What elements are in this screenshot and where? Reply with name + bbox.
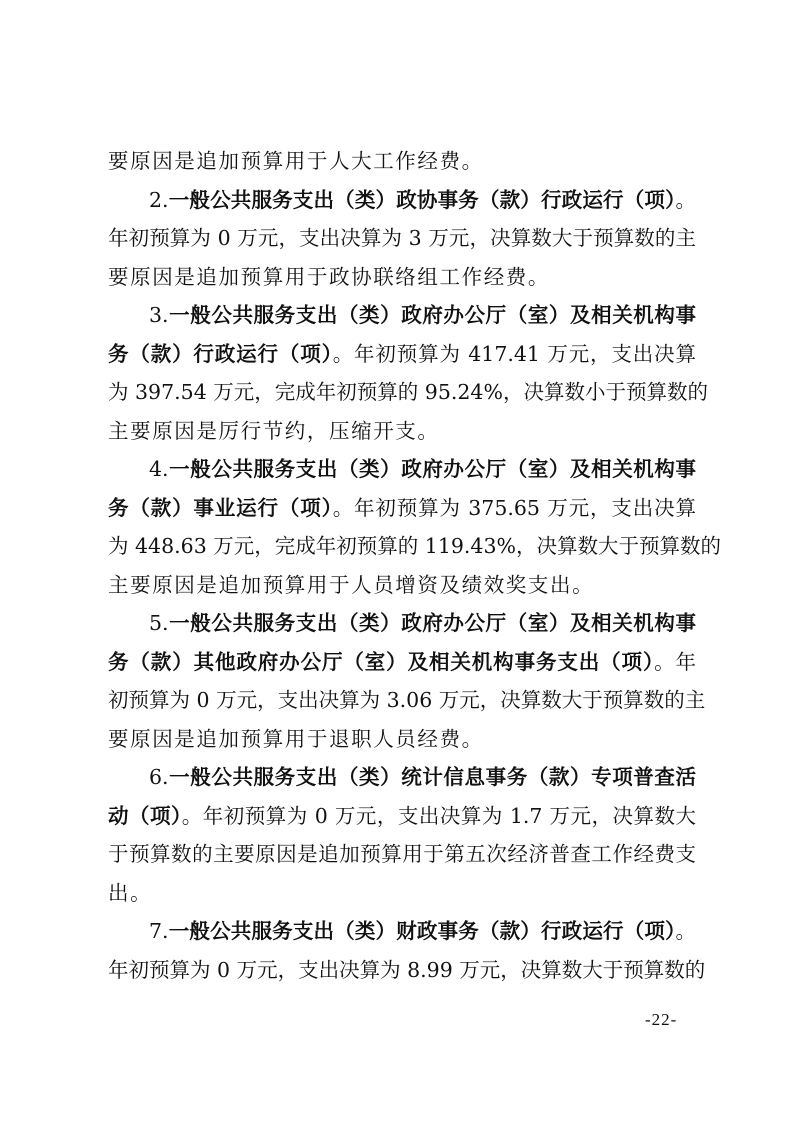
item-3-heading-line: 3.一般公共服务支出（类）政府办公厅（室）及相关机构事: [108, 296, 696, 335]
item-heading: 一般公共服务支出（类）政协事务（款）行政运行（项）: [169, 188, 676, 212]
item-7-heading-line: 7.一般公共服务支出（类）财政事务（款）行政运行（项）。: [108, 912, 696, 951]
body-text: 初预算为 0 万元，支出决算为 3.06 万元，决算数大于预算数的主: [108, 688, 705, 712]
item-heading: 务（款）其他政府办公厅（室）及相关机构事务支出（项）: [108, 650, 654, 674]
item-number: 3.: [149, 303, 169, 327]
text-line: 为 448.63 万元，完成年初预算的 119.43%，决算数大于预算数的: [108, 527, 696, 566]
body-text: 主要原因是追加预算用于人员增资及绩效奖支出。: [108, 573, 594, 597]
text-line: 动（项）。年初预算为 0 万元，支出决算为 1.7 万元，决算数大: [108, 797, 696, 836]
body-text: 。年: [654, 650, 696, 674]
body-text: 要原因是追加预算用于退职人员经费。: [108, 727, 484, 751]
text-line: 主要原因是追加预算用于人员增资及绩效奖支出。: [108, 566, 696, 605]
text-line: 务（款）事业运行（项）。年初预算为 375.65 万元，支出决算: [108, 489, 696, 528]
text-line: 要原因是追加预算用于退职人员经费。: [108, 720, 696, 759]
body-text: 。年初预算为 417.41 万元，支出决算: [333, 342, 696, 366]
item-4-heading-line: 4.一般公共服务支出（类）政府办公厅（室）及相关机构事: [108, 450, 696, 489]
text-line: 务（款）其他政府办公厅（室）及相关机构事务支出（项）。年: [108, 643, 696, 682]
body-text: 年初预算为 0 万元，支出决算为 3 万元，决算数大于预算数的主: [108, 226, 696, 250]
item-number: 4.: [149, 457, 169, 481]
body-text: 年初预算为 0 万元，支出决算为 8.99 万元，决算数大于预算数的: [108, 958, 705, 982]
punctuation: 。: [676, 188, 697, 212]
text-line: 务（款）行政运行（项）。年初预算为 417.41 万元，支出决算: [108, 335, 696, 374]
item-number: 2.: [149, 188, 169, 212]
text-line: 要原因是追加预算用于人大工作经费。: [108, 142, 696, 181]
text-line: 年初预算为 0 万元，支出决算为 8.99 万元，决算数大于预算数的: [108, 951, 696, 990]
body-text: 要原因是追加预算用于政协联络组工作经费。: [108, 265, 550, 289]
punctuation: 。: [676, 919, 697, 943]
text-line: 于预算数的主要原因是追加预算用于第五次经济普查工作经费支: [108, 835, 696, 874]
item-6-heading-line: 6.一般公共服务支出（类）统计信息事务（款）专项普查活: [108, 758, 696, 797]
item-number: 5.: [149, 611, 169, 635]
text-line: 要原因是追加预算用于政协联络组工作经费。: [108, 258, 696, 297]
body-text: 为 397.54 万元，完成年初预算的 95.24%，决算数小于预算数的: [108, 380, 708, 404]
item-number: 7.: [149, 919, 169, 943]
item-heading: 一般公共服务支出（类）统计信息事务（款）专项普查活: [169, 765, 696, 789]
text-line: 初预算为 0 万元，支出决算为 3.06 万元，决算数大于预算数的主: [108, 681, 696, 720]
text-line: 为 397.54 万元，完成年初预算的 95.24%，决算数小于预算数的: [108, 373, 696, 412]
body-text: 。年初预算为 0 万元，支出决算为 1.7 万元，决算数大: [182, 804, 696, 828]
item-heading: 一般公共服务支出（类）财政事务（款）行政运行（项）: [169, 919, 676, 943]
item-heading: 一般公共服务支出（类）政府办公厅（室）及相关机构事: [169, 457, 696, 481]
page-number: -22-: [645, 1010, 677, 1030]
body-text: 主要原因是厉行节约，压缩开支。: [108, 419, 440, 443]
item-2-heading-line: 2.一般公共服务支出（类）政协事务（款）行政运行（项）。: [108, 181, 696, 220]
item-heading: 务（款）行政运行（项）: [108, 342, 333, 366]
item-number: 6.: [149, 765, 169, 789]
item-heading: 一般公共服务支出（类）政府办公厅（室）及相关机构事: [169, 611, 696, 635]
body-text: 为 448.63 万元，完成年初预算的 119.43%，决算数大于预算数的: [108, 534, 721, 558]
text-line: 年初预算为 0 万元，支出决算为 3 万元，决算数大于预算数的主: [108, 219, 696, 258]
body-text: 。年初预算为 375.65 万元，支出决算: [333, 496, 696, 520]
item-5-heading-line: 5.一般公共服务支出（类）政府办公厅（室）及相关机构事: [108, 604, 696, 643]
document-page: 要原因是追加预算用于人大工作经费。 2.一般公共服务支出（类）政协事务（款）行政…: [108, 142, 696, 989]
body-text: 出。: [108, 881, 152, 905]
item-heading: 动（项）: [108, 804, 182, 828]
text-line: 主要原因是厉行节约，压缩开支。: [108, 412, 696, 451]
item-heading: 务（款）事业运行（项）: [108, 496, 333, 520]
text-line: 出。: [108, 874, 696, 913]
item-heading: 一般公共服务支出（类）政府办公厅（室）及相关机构事: [169, 303, 696, 327]
body-text: 于预算数的主要原因是追加预算用于第五次经济普查工作经费支: [108, 842, 696, 866]
body-text: 要原因是追加预算用于人大工作经费。: [108, 149, 484, 173]
